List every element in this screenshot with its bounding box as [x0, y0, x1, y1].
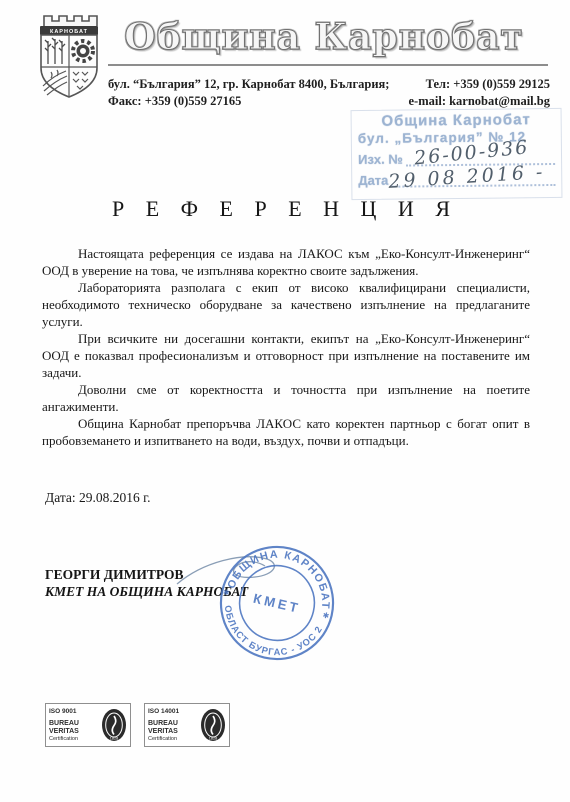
contact-block: бул. “България” 12, гр. Карнобат 8400, Б…: [108, 76, 550, 110]
reg-date-label: Дата: [358, 173, 388, 188]
phone-text: Тел: +359 (0)559 29125: [426, 76, 550, 93]
paragraph: Лабораторията разполага с екип от високо…: [42, 279, 530, 330]
paragraph: При всичките ни досегашни контакти, екип…: [42, 330, 530, 381]
iso-9001-logo: ISO 9001 BUREAU VERITAS Certification 18…: [45, 703, 131, 747]
mayor-round-stamp: ОБЩИНА КАРНОБАТ ОБЛАСТ БУРГАС - УОС 2 КМ…: [206, 532, 348, 674]
certification-label: Certification: [49, 736, 101, 742]
document-title: Р Е Ф Е Р Е Н Ц И Я: [0, 196, 570, 222]
bureau-veritas-emblem-icon: 1828: [101, 708, 127, 742]
iso-number: ISO 14001: [148, 708, 200, 715]
bureau-veritas-label: BUREAU VERITAS: [49, 720, 101, 736]
stamp-separator-star: ✱: [222, 588, 231, 598]
stamp-center-text: КМЕТ: [252, 591, 302, 616]
bureau-veritas-emblem-icon: 1828: [200, 708, 226, 742]
paragraph: Настоящата референция се издава на ЛАКОС…: [42, 245, 530, 279]
bureau-veritas-label: BUREAU VERITAS: [148, 720, 200, 736]
date-line: Дата: 29.08.2016 г.: [45, 490, 151, 506]
fax-text: Факс: +359 (0)559 27165: [108, 93, 241, 110]
emblem-year: 1828: [209, 737, 217, 741]
karnobat-coat-of-arms-icon: КАРНОБАТ: [33, 10, 105, 102]
iso-14001-logo: ISO 14001 BUREAU VERITAS Certification 1…: [144, 703, 230, 747]
org-title: Община Карнобат: [98, 16, 550, 58]
paragraph: Община Карнобат препоръчва ЛАКОС като ко…: [42, 415, 530, 449]
reg-number-label: Изх. №: [358, 152, 403, 167]
certification-label: Certification: [148, 736, 200, 742]
address-text: бул. “България” 12, гр. Карнобат 8400, Б…: [108, 76, 389, 93]
reg-stamp-org: Община Карнобат: [358, 111, 555, 130]
registration-stamp: Община Карнобат бул. „България” № 12 Изх…: [351, 108, 563, 200]
iso-number: ISO 9001: [49, 708, 101, 715]
wheat-icon: [45, 38, 65, 64]
letter-body: Настоящата референция се издава на ЛАКОС…: [42, 245, 530, 449]
crest-banner-text: КАРНОБАТ: [50, 29, 88, 35]
stamp-separator-star: ✱: [322, 611, 331, 621]
certification-logos: ISO 9001 BUREAU VERITAS Certification 18…: [45, 703, 230, 747]
paragraph: Доволни сме от коректността и точността …: [42, 381, 530, 415]
header-rule: [108, 64, 548, 66]
emblem-year: 1828: [110, 737, 118, 741]
scanned-letter-page: КАРНОБАТ Община Карнобат бул. “България: [0, 0, 570, 802]
